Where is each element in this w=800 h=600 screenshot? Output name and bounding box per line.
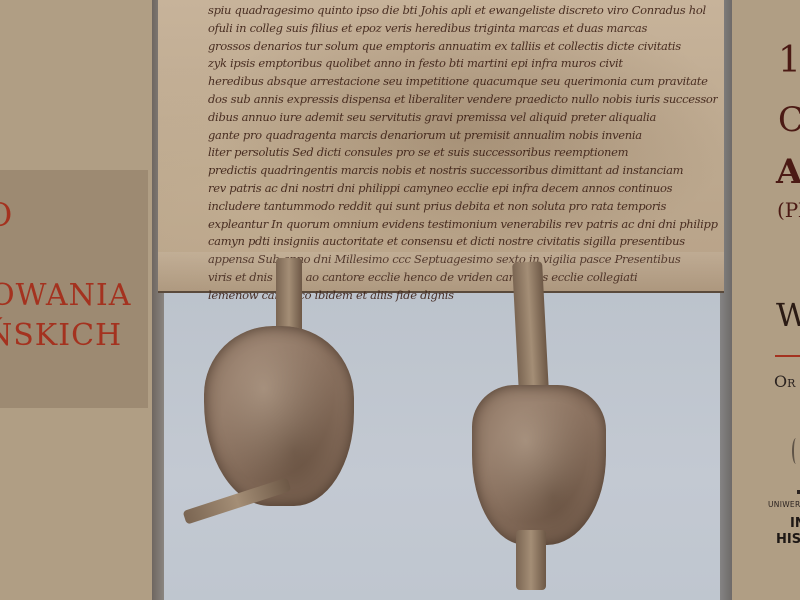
manuscript-line: dos sub annis expressis dispensa et libe… [208, 91, 718, 109]
manuscript-line: camyn pdti insigniis auctoritate et cons… [208, 233, 718, 251]
right-subtitle: (Pl [777, 198, 800, 222]
manuscript-line: predictis quadringentis marcis nobis et … [208, 162, 718, 180]
left-title-line-3: ŃSKICH [0, 318, 122, 353]
manuscript-line: gante pro quadragenta marcis denariorum … [208, 127, 718, 145]
manuscript-line: liter persolutis Sed dicti consules pro … [208, 144, 718, 162]
right-title-line-1: C [778, 100, 800, 140]
logo-institute-line-2: HIST [776, 532, 800, 547]
manuscript-line: spiu quadragesimo quinto ipso die bti Jo… [208, 2, 718, 20]
wax-seal-right [472, 385, 606, 545]
right-title-line-2: Au [776, 152, 800, 192]
manuscript-line: ofuli in colleg suis filius et epoz veri… [208, 20, 718, 38]
manuscript-line: dibus annuo iure ademit seu servitutis g… [208, 109, 718, 127]
right-heading: W [776, 296, 800, 334]
right-organizer-label: Or [774, 372, 795, 391]
manuscript-line: heredibus absque arrestacione seu impeti… [208, 73, 718, 91]
manuscript-line: expleantur In quorum omnium evidens test… [208, 216, 718, 234]
left-title-line-1: O [0, 196, 13, 234]
left-title-line-2: OWANIA [0, 278, 131, 313]
university-logo-icon [792, 438, 800, 464]
parchment-charter: spiu quadragesimo quinto ipso die bti Jo… [158, 0, 724, 293]
logo-university-text: UNIWER [768, 500, 800, 509]
right-date-text: 13 [778, 40, 800, 81]
manuscript-line: grossos denarios tur solum que emptoris … [208, 38, 718, 56]
manuscript-line: rev patris ac dni nostri dni philippi ca… [208, 180, 718, 198]
parchment-fold [158, 252, 724, 292]
manuscript-line: includere tantummodo reddit qui sunt pri… [208, 198, 718, 216]
red-divider [775, 355, 800, 357]
manuscript-line: zyk ipsis emptoribus quolibet anno in fe… [208, 55, 718, 73]
logo-institute-line-1: IN [790, 516, 800, 531]
poster-photo: O OWANIA ŃSKICH spiu quadragesimo quinto… [0, 0, 800, 600]
seal-strap-right-tail [516, 530, 546, 590]
